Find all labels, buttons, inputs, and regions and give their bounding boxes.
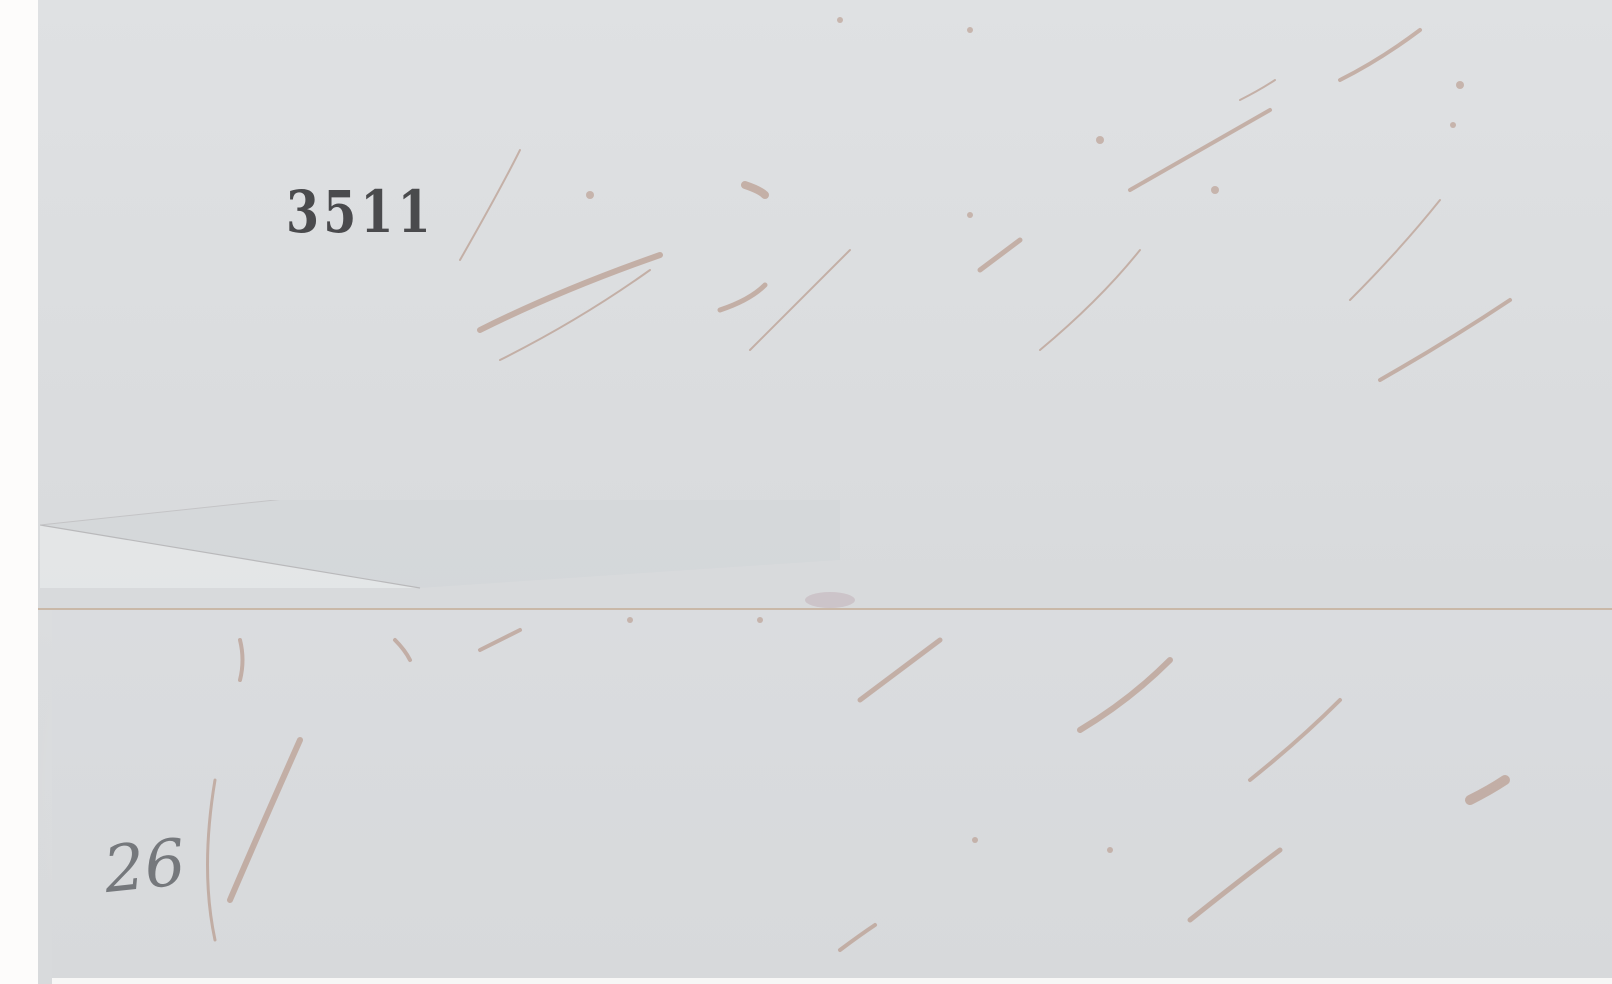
diagonal-fold-crease: [40, 500, 860, 610]
stamped-catalog-number: 3511: [286, 178, 435, 246]
pencil-annotation: 26: [100, 826, 189, 908]
bottom-edge: [52, 978, 1612, 984]
bottom-fold-panel: [52, 610, 1612, 978]
scan-margin: [0, 0, 40, 984]
